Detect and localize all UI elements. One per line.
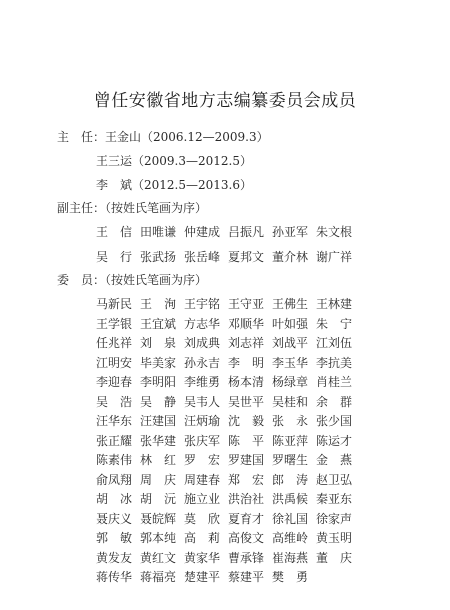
members-names-row: 马新民王 洵王宇铭王守亚王佛生王林建 [96,295,352,312]
name-entry: 高维岭 [272,529,316,546]
name-entry: 张庆军 [184,432,228,449]
name-entry: 汪建国 [140,412,184,429]
name-entry: 王林建 [316,295,352,312]
director-entry: 李 斌（2012.5—2013.6） [96,178,252,192]
name-entry: 毕美家 [140,354,184,371]
members-names-row: 汪华东汪建国汪炳瑜沈 毅张 永张少国 [96,412,352,429]
deputy-names-row: 吴 行张武扬张岳峰夏邦文董介林谢广祥 [96,248,352,265]
members-label: 委 员： [57,273,105,287]
director-entry: 王三运（2009.3—2012.5） [96,154,252,168]
name-entry: 余 群 [316,393,352,410]
name-entry: 孙亚军 [272,223,316,240]
name-entry: 沈 毅 [228,412,272,429]
name-entry: 刘 泉 [140,334,184,351]
name-entry: 吕振凡 [228,223,272,240]
name-entry: 刘志祥 [228,334,272,351]
name-entry: 李抗美 [316,354,352,371]
name-entry: 汪炳瑜 [184,412,228,429]
name-entry: 江明安 [96,354,140,371]
name-entry: 林 红 [140,451,184,468]
name-entry: 杨绿章 [272,373,316,390]
name-entry: 邓顺华 [228,315,272,332]
name-entry: 郑 宏 [228,471,272,488]
members-names-row: 王学银王宜斌方志华邓顺华叶如强朱 宁 [96,315,352,332]
name-entry: 刘战平 [272,334,316,351]
name-entry: 李玉华 [272,354,316,371]
members-heading: 委 员：（按姓氏笔画为序） [57,271,207,288]
name-entry: 朱 宁 [316,315,352,332]
name-entry: 吴 静 [140,393,184,410]
name-entry: 樊 勇 [272,568,308,585]
members-names-row: 郭 敏郭本纯高 莉高俊文高维岭黄玉明 [96,529,352,546]
name-entry: 洪治社 [228,490,272,507]
name-entry: 莫 欣 [184,510,228,527]
name-entry: 李明阳 [140,373,184,390]
name-entry: 聂庆义 [96,510,140,527]
name-entry: 吴 浩 [96,393,140,410]
name-entry: 张武扬 [140,248,184,265]
name-entry: 黄红文 [140,549,184,566]
members-names-row: 黄发友黄红文黄家华曹承锋崔海燕董 庆 [96,549,352,566]
members-names-row: 李迎春李明阳李维勇杨本清杨绿章肖桂兰 [96,373,352,390]
name-entry: 罗曙生 [272,451,316,468]
name-entry: 洪禹候 [272,490,316,507]
name-entry: 朱文根 [316,223,352,240]
name-entry: 王守亚 [228,295,272,312]
name-entry: 黄玉明 [316,529,352,546]
name-entry: 聂皖辉 [140,510,184,527]
name-entry: 王 信 [96,223,140,240]
name-entry: 陈亚萍 [272,432,316,449]
name-entry: 郭本纯 [140,529,184,546]
name-entry: 吴 行 [96,248,140,265]
name-entry: 王宇铭 [184,295,228,312]
name-entry: 江刘伍 [316,334,352,351]
name-entry: 张正耀 [96,432,140,449]
name-entry: 张华建 [140,432,184,449]
members-names-row: 江明安毕美家孙永吉李 明李玉华李抗美 [96,354,352,371]
name-entry: 陈素伟 [96,451,140,468]
members-names-row: 任兆祥刘 泉刘成典刘志祥刘战平江刘伍 [96,334,352,351]
page-title: 曾任安徽省地方志编纂委员会成员 [0,86,450,111]
name-entry: 罗 宏 [184,451,228,468]
deputy-heading: 副主任：（按姓氏笔画为序） [57,199,207,216]
name-entry: 任兆祥 [96,334,140,351]
name-entry: 吴桂和 [272,393,316,410]
name-entry: 方志华 [184,315,228,332]
members-names-row: 张正耀张华建张庆军陈 平陈亚萍陈运才 [96,432,352,449]
name-entry: 曹承锋 [228,549,272,566]
name-entry: 徐家声 [316,510,352,527]
name-entry: 陈运才 [316,432,352,449]
name-entry: 谢广祥 [316,248,352,265]
name-entry: 张岳峰 [184,248,228,265]
name-entry: 张少国 [316,412,352,429]
name-entry: 高 莉 [184,529,228,546]
name-entry: 刘成典 [184,334,228,351]
name-entry: 王学银 [96,315,140,332]
name-entry: 王佛生 [272,295,316,312]
deputy-note: （按姓氏笔画为序） [105,201,207,215]
members-names-row: 聂庆义聂皖辉莫 欣夏育才徐礼国徐家声 [96,510,352,527]
name-entry: 秦亚东 [316,490,352,507]
name-entry: 胡 冰 [96,490,140,507]
director-row-3: 李 斌（2012.5—2013.6） [96,176,252,193]
name-entry: 黄发友 [96,549,140,566]
name-entry: 黄家华 [184,549,228,566]
members-names-row: 俞凤翔周 庆周建春郑 宏郎 涛赵卫弘 [96,471,352,488]
name-entry: 李维勇 [184,373,228,390]
name-entry: 王宜斌 [140,315,184,332]
name-entry: 蒋福亮 [140,568,184,585]
members-names-row: 吴 浩吴 静吴韦人吴世平吴桂和余 群 [96,393,352,410]
name-entry: 吴韦人 [184,393,228,410]
members-names-row: 陈素伟林 红罗 宏罗建国罗曙生金 燕 [96,451,352,468]
name-entry: 郭 敏 [96,529,140,546]
name-entry: 徐礼国 [272,510,316,527]
deputy-names-row: 王 信田唯谦仲建成吕振凡孙亚军朱文根 [96,223,352,240]
director-row-2: 王三运（2009.3—2012.5） [96,152,252,169]
name-entry: 王 洵 [140,295,184,312]
name-entry: 夏邦文 [228,248,272,265]
name-entry: 李迎春 [96,373,140,390]
members-names-row: 蒋传华蒋福亮楚建平蔡建平樊 勇 [96,568,308,585]
name-entry: 楚建平 [184,568,228,585]
members-names-row: 胡 冰胡 沅施立业洪治社洪禹候秦亚东 [96,490,352,507]
name-entry: 马新民 [96,295,140,312]
name-entry: 董 庆 [316,549,352,566]
name-entry: 罗建国 [228,451,272,468]
name-entry: 蔡建平 [228,568,272,585]
name-entry: 郎 涛 [272,471,316,488]
name-entry: 俞凤翔 [96,471,140,488]
name-entry: 孙永吉 [184,354,228,371]
name-entry: 高俊文 [228,529,272,546]
name-entry: 周 庆 [140,471,184,488]
director-entry: 王金山（2006.12—2009.3） [105,130,269,144]
name-entry: 吴世平 [228,393,272,410]
name-entry: 杨本清 [228,373,272,390]
members-note: （按姓氏笔画为序） [105,273,207,287]
name-entry: 李 明 [228,354,272,371]
name-entry: 胡 沅 [140,490,184,507]
name-entry: 张 永 [272,412,316,429]
name-entry: 叶如强 [272,315,316,332]
director-label: 主 任： [57,130,105,144]
name-entry: 崔海燕 [272,549,316,566]
name-entry: 赵卫弘 [316,471,352,488]
name-entry: 董介林 [272,248,316,265]
name-entry: 肖桂兰 [316,373,352,390]
director-row-1: 主 任：王金山（2006.12—2009.3） [57,128,269,145]
name-entry: 金 燕 [316,451,352,468]
name-entry: 汪华东 [96,412,140,429]
name-entry: 陈 平 [228,432,272,449]
name-entry: 田唯谦 [140,223,184,240]
name-entry: 夏育才 [228,510,272,527]
name-entry: 周建春 [184,471,228,488]
name-entry: 仲建成 [184,223,228,240]
name-entry: 施立业 [184,490,228,507]
name-entry: 蒋传华 [96,568,140,585]
deputy-label: 副主任： [57,201,105,215]
